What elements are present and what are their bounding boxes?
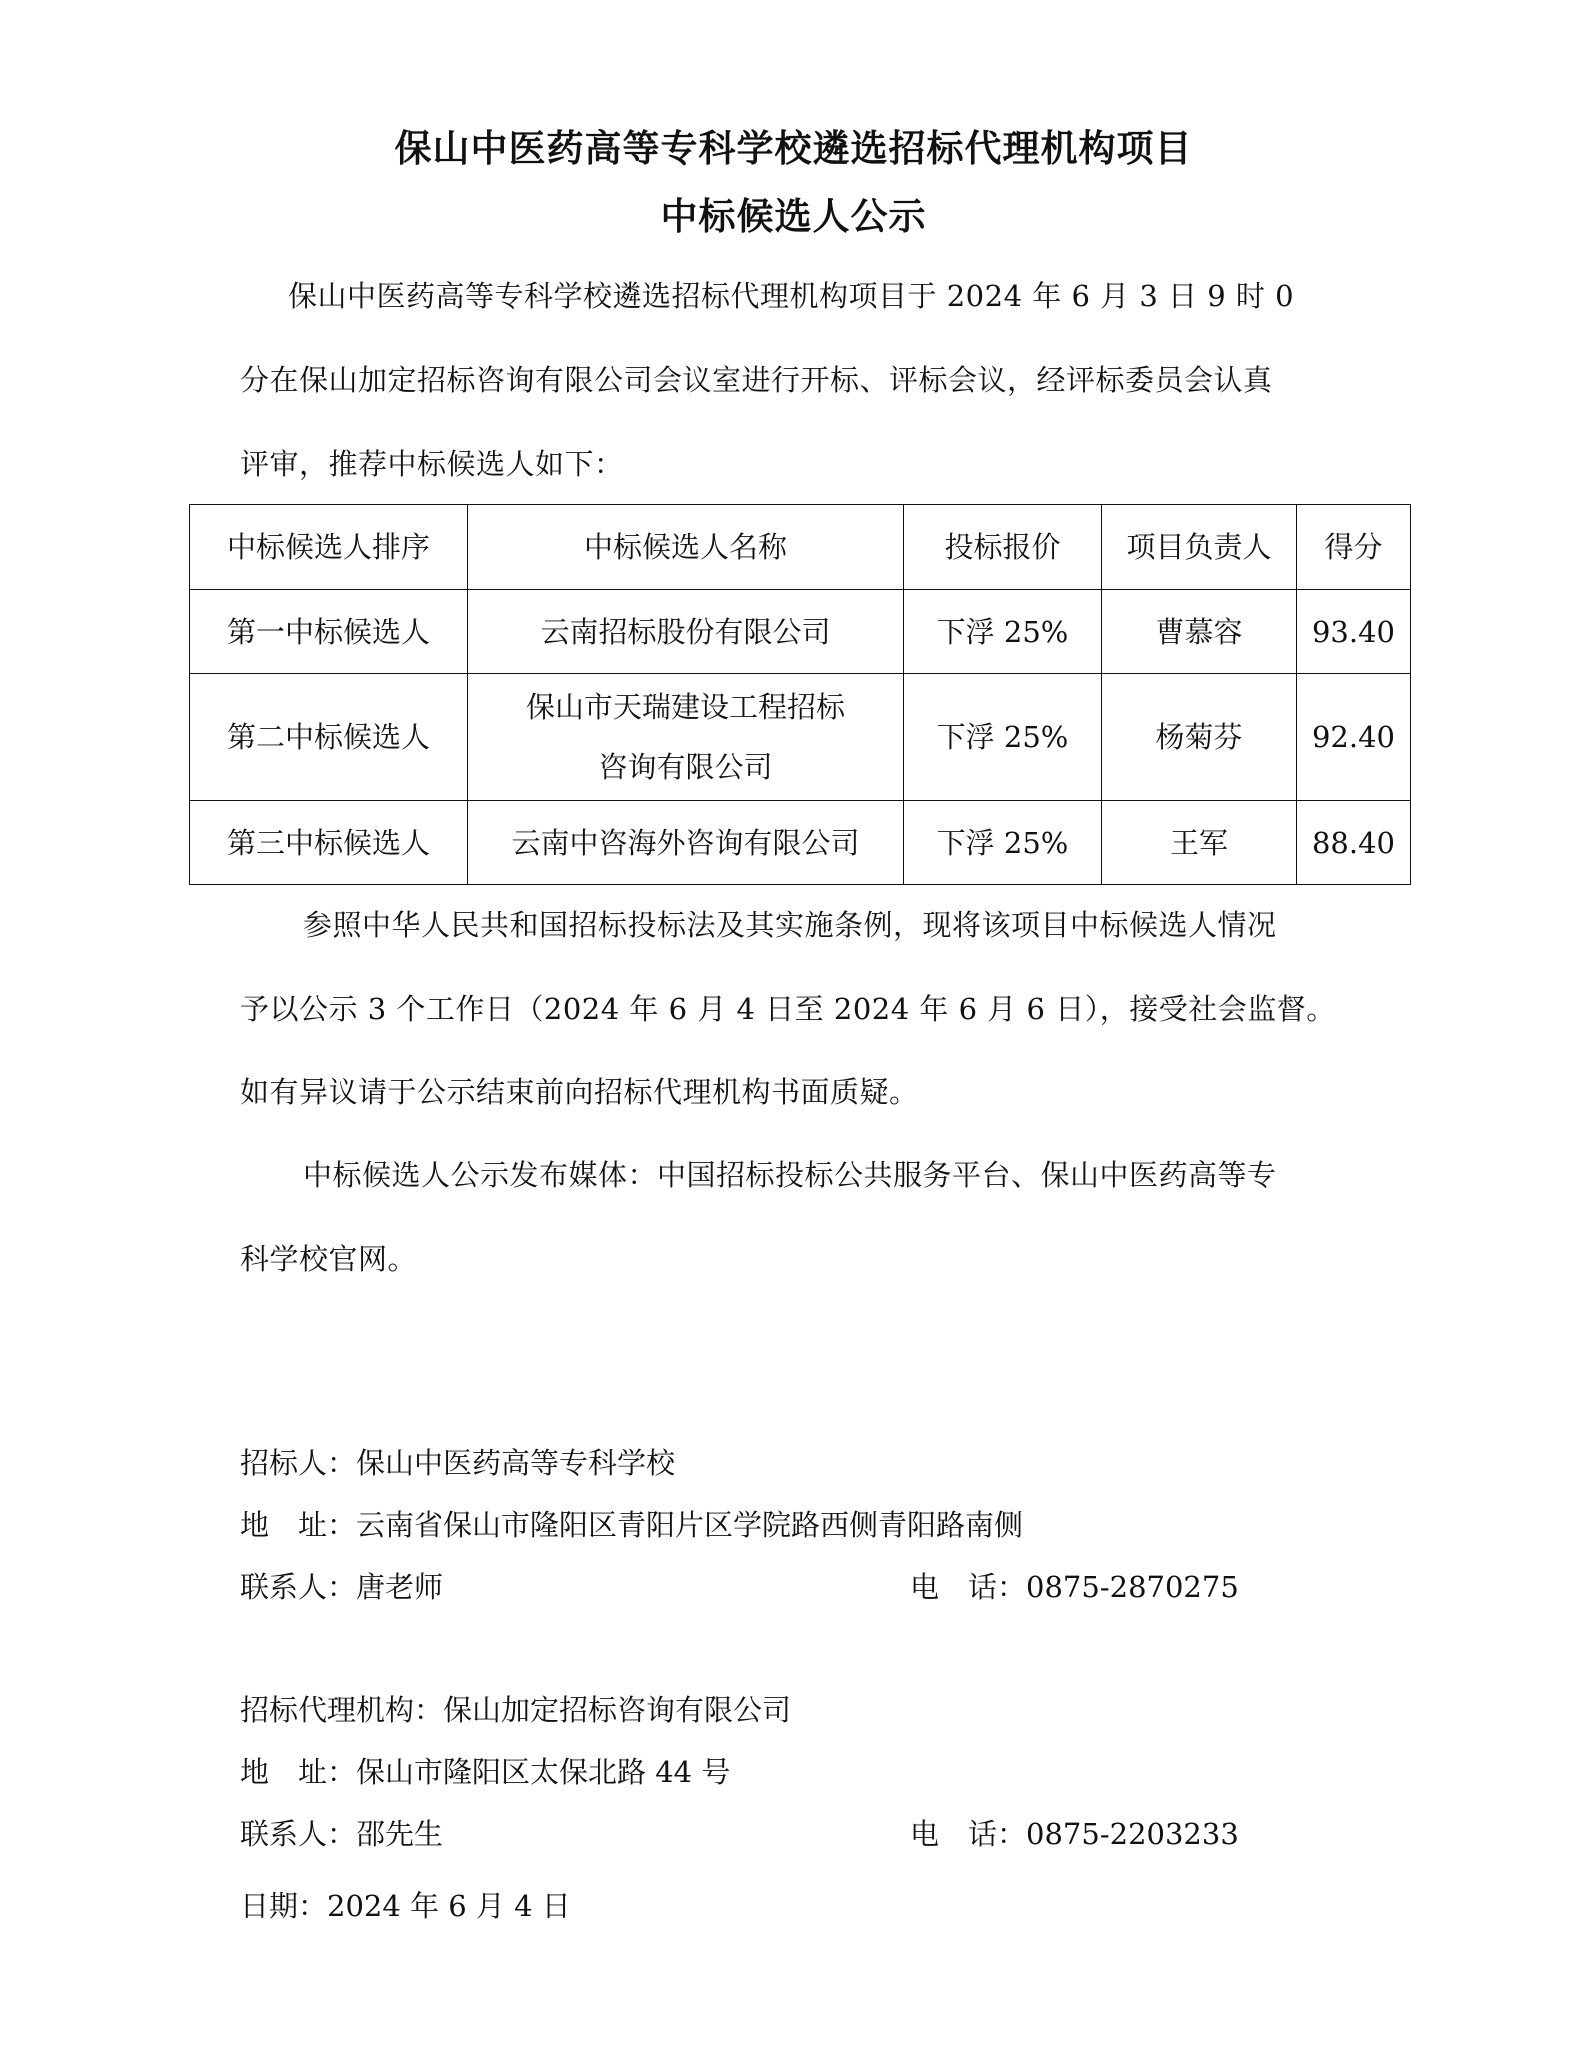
candidates-table: 中标候选人排序 中标候选人名称 投标报价 项目负责人 得分 第一中标候选人 云南… — [189, 504, 1411, 885]
date-label: 日期： — [240, 1889, 327, 1923]
agency-address-line: 地 址：保山市隆阳区太保北路 44 号 — [240, 1750, 730, 1791]
cell-name-line1: 保山市天瑞建设工程招标 — [468, 677, 903, 737]
cell-score: 88.40 — [1297, 801, 1411, 885]
notice-line-3: 如有异议请于公示结束前向招标代理机构书面质疑。 — [240, 1070, 919, 1111]
tenderer-name: 保山中医药高等专科学校 — [356, 1446, 675, 1480]
media-line-2: 科学校官网。 — [240, 1237, 417, 1278]
agency-phone-group: 电 话：0875-2203233 — [910, 1812, 1239, 1853]
notice-line-1: 参照中华人民共和国招标投标法及其实施条例，现将该项目中标候选人情况 — [303, 903, 1277, 944]
cell-name: 保山市天瑞建设工程招标 咨询有限公司 — [468, 674, 904, 801]
header-name: 中标候选人名称 — [468, 505, 904, 590]
agency-contact: 邵先生 — [356, 1817, 443, 1851]
document-title-line1: 保山中医药高等专科学校遴选招标代理机构项目 — [0, 118, 1587, 172]
intro-line-3: 评审，推荐中标候选人如下： — [240, 442, 624, 483]
intro-line-2: 分在保山加定招标咨询有限公司会议室进行开标、评标会议，经评标委员会认真 — [240, 358, 1273, 399]
agency-contact-label: 联系人： — [240, 1812, 356, 1853]
table-row: 第二中标候选人 保山市天瑞建设工程招标 咨询有限公司 下浮 25% 杨菊芬 92… — [190, 674, 1411, 801]
tenderer-phone-label: 电 话： — [910, 1570, 1026, 1604]
agency-phone: 0875-2203233 — [1026, 1817, 1239, 1851]
tenderer-name-label: 招标人： — [240, 1441, 356, 1482]
cell-manager: 王军 — [1102, 801, 1297, 885]
date-line: 日期：2024 年 6 月 4 日 — [240, 1884, 571, 1925]
cell-price: 下浮 25% — [904, 801, 1102, 885]
header-rank: 中标候选人排序 — [190, 505, 468, 590]
cell-price: 下浮 25% — [904, 674, 1102, 801]
cell-manager: 杨菊芬 — [1102, 674, 1297, 801]
tenderer-address-label: 地 址： — [240, 1503, 356, 1544]
tenderer-contact: 唐老师 — [356, 1570, 443, 1604]
cell-name: 云南中咨海外咨询有限公司 — [468, 801, 904, 885]
cell-rank: 第一中标候选人 — [190, 590, 468, 674]
cell-score: 92.40 — [1297, 674, 1411, 801]
table-row: 第三中标候选人 云南中咨海外咨询有限公司 下浮 25% 王军 88.40 — [190, 801, 1411, 885]
cell-name-line2: 咨询有限公司 — [468, 737, 903, 797]
agency-contact-line: 联系人：邵先生 电 话：0875-2203233 — [240, 1812, 1340, 1853]
cell-manager: 曹慕容 — [1102, 590, 1297, 674]
agency-address: 保山市隆阳区太保北路 44 号 — [356, 1755, 730, 1789]
agency-address-label: 地 址： — [240, 1750, 356, 1791]
tenderer-contact-line: 联系人：唐老师 电 话：0875-2870275 — [240, 1565, 1340, 1606]
tenderer-address: 云南省保山市隆阳区青阳片区学院路西侧青阳路南侧 — [356, 1508, 1023, 1542]
cell-name: 云南招标股份有限公司 — [468, 590, 904, 674]
agency-name-label: 招标代理机构： — [240, 1688, 443, 1729]
cell-price: 下浮 25% — [904, 590, 1102, 674]
document-title-line2: 中标候选人公示 — [0, 186, 1587, 240]
notice-line-2: 予以公示 3 个工作日（2024 年 6 月 4 日至 2024 年 6 月 6… — [240, 987, 1336, 1028]
media-line-1: 中标候选人公示发布媒体：中国招标投标公共服务平台、保山中医药高等专 — [303, 1153, 1277, 1194]
cell-rank: 第二中标候选人 — [190, 674, 468, 801]
cell-rank: 第三中标候选人 — [190, 801, 468, 885]
tenderer-phone: 0875-2870275 — [1026, 1570, 1239, 1604]
date-value: 2024 年 6 月 4 日 — [327, 1889, 571, 1923]
tenderer-phone-group: 电 话：0875-2870275 — [910, 1565, 1239, 1606]
header-manager: 项目负责人 — [1102, 505, 1297, 590]
tenderer-contact-label: 联系人： — [240, 1565, 356, 1606]
tenderer-name-line: 招标人：保山中医药高等专科学校 — [240, 1441, 675, 1482]
table-row: 第一中标候选人 云南招标股份有限公司 下浮 25% 曹慕容 93.40 — [190, 590, 1411, 674]
tenderer-address-line: 地 址：云南省保山市隆阳区青阳片区学院路西侧青阳路南侧 — [240, 1503, 1023, 1544]
table-header-row: 中标候选人排序 中标候选人名称 投标报价 项目负责人 得分 — [190, 505, 1411, 590]
cell-score: 93.40 — [1297, 590, 1411, 674]
agency-name-line: 招标代理机构：保山加定招标咨询有限公司 — [240, 1688, 791, 1729]
agency-name: 保山加定招标咨询有限公司 — [443, 1693, 791, 1727]
header-score: 得分 — [1297, 505, 1411, 590]
intro-line-1: 保山中医药高等专科学校遴选招标代理机构项目于 2024 年 6 月 3 日 9 … — [288, 274, 1294, 315]
header-price: 投标报价 — [904, 505, 1102, 590]
agency-phone-label: 电 话： — [910, 1817, 1026, 1851]
